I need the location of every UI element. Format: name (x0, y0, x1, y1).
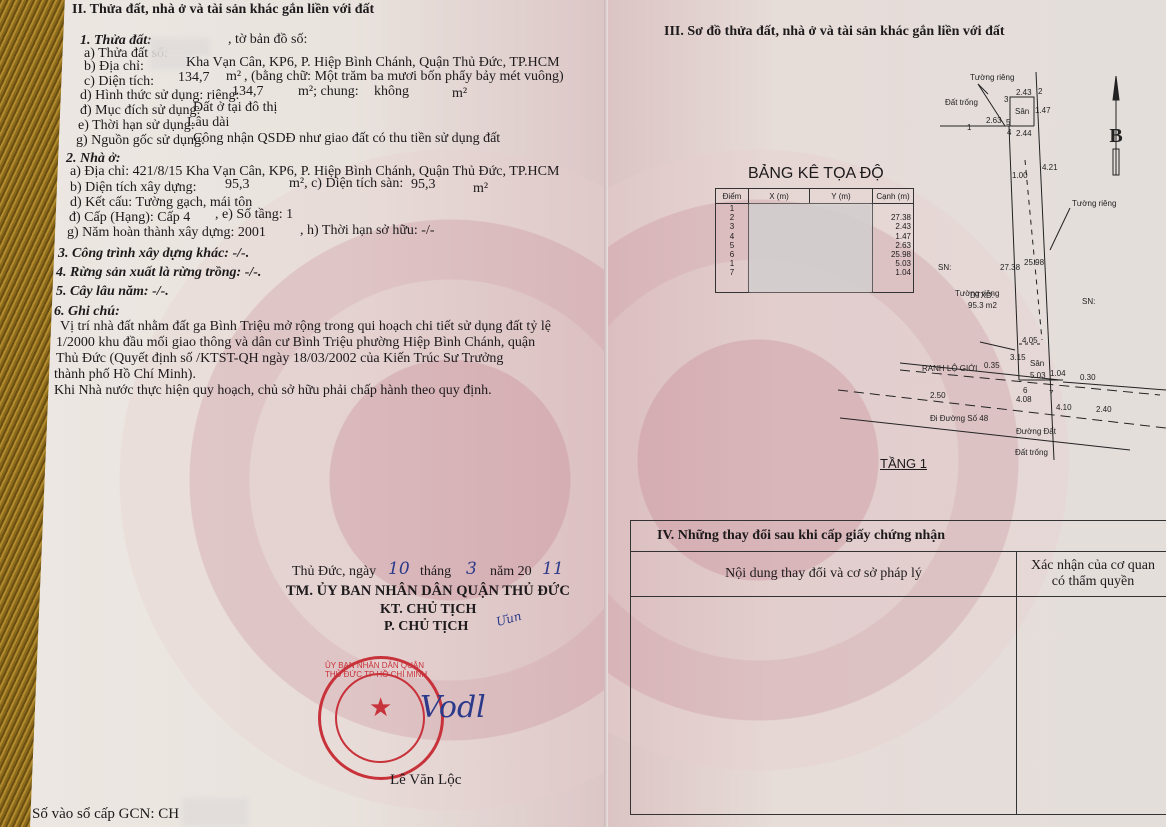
notes-line-4: thành phố Hồ Chí Minh). (54, 367, 196, 383)
notes-line-3: Thủ Đức (Quyết định số /KTST-QH ngày 18/… (56, 351, 503, 367)
vertex-label: 7 (1049, 389, 1054, 398)
origin-value: Công nhận QSDĐ như giao đất có thu tiền … (193, 131, 500, 147)
redacted-gcn-number (182, 798, 248, 826)
role-vice-chair: P. CHỦ TỊCH (384, 619, 468, 635)
origin-label: g) Nguồn gốc sử dụng: (76, 133, 205, 149)
dimension-label: 4.05 (1022, 336, 1038, 345)
col-x: X (m) (749, 189, 810, 204)
dimension-label: 2.40 (1096, 405, 1112, 414)
col-point: Điểm (716, 189, 749, 204)
point-id: 6 (718, 250, 746, 259)
floor-label: TẦNG 1 (880, 456, 927, 472)
section-ii-title: II. Thửa đất, nhà ở và tài sản khác gắn … (72, 2, 374, 18)
dimension-label: 3.15 (1010, 353, 1026, 362)
handwritten-signature: Vodl (420, 690, 486, 725)
label-empty-land-bottom: Đất trống (1015, 448, 1048, 457)
usage-unit: m²; chung: (298, 84, 359, 100)
vertex-label: 3 (1004, 95, 1009, 104)
purpose-label: đ) Mục đích sử dụng: (80, 103, 200, 119)
point-id: 4 (718, 232, 746, 241)
label-wall-left: Tường riêng (955, 289, 999, 298)
parcel-diagram: B Tường riêng Đất trống Sân SN: SN: Tườn… (820, 60, 1166, 480)
redacted-address-number (150, 54, 190, 70)
land-area-unit: m² (226, 69, 241, 85)
dimension-label: 1.00 (1012, 171, 1028, 180)
dimension-label: 4.21 (1042, 163, 1058, 172)
vertex-label: 1 (967, 123, 972, 132)
label-yard-bottom: Sân (1030, 359, 1044, 368)
north-label: B (1109, 125, 1122, 147)
purpose-value: Đất ở tại đô thị (193, 100, 277, 116)
building-area-value: 95,3 (225, 177, 250, 193)
grade: đ) Cấp (Hạng): Cấp 4 (69, 210, 190, 226)
issuing-organization: TM. ỦY BAN NHÂN DÂN QUẬN THỦ ĐỨC (286, 583, 570, 599)
floor-area-label: m², c) Diện tích sàn: (289, 176, 403, 192)
perennial-trees: 5. Cây lâu năm: -/-. (56, 284, 169, 300)
dimension-label: 2.50 (930, 391, 946, 400)
planted-forest: 4. Rừng sản xuất là rừng trồng: -/-. (56, 265, 261, 281)
date-day: 10 (388, 559, 410, 579)
authority-line-2: có thẩm quyền (1018, 574, 1166, 590)
notes-line-1: Vị trí nhà đất nhằm đất ga Bình Triệu mở… (60, 319, 551, 335)
other-construction: 3. Công trình xây dựng khác: -/-. (58, 246, 249, 262)
star-icon: ★ (369, 695, 392, 721)
month-label: tháng (420, 564, 451, 580)
completion-year: g) Năm hoàn thành xây dựng: 2001 (67, 225, 266, 241)
dimension-label: 4.08 (1016, 395, 1032, 404)
floor-area-value: 95,3 (411, 177, 436, 193)
points-cell: 12345617 (716, 204, 749, 293)
point-id: 1 (718, 204, 746, 213)
land-area-words: , (bằng chữ: Một trăm ba mươi bốn phẩy b… (244, 69, 564, 85)
dimension-label: 0.35 (984, 361, 1000, 370)
label-sn-left: SN: (938, 263, 951, 272)
dimension-label: 27.38 (1000, 263, 1021, 272)
date-year: 11 (542, 559, 564, 579)
parcel-diagram-svg: B Tường riêng Đất trống Sân SN: SN: Tườn… (820, 60, 1166, 480)
notes-line-2: 1/2000 khu đầu mối giao thông và dân cư … (56, 335, 535, 351)
dimension-label: 2.63 (986, 116, 1002, 125)
floor-area-unit: m² (473, 181, 488, 197)
label-yard-top: Sân (1015, 107, 1029, 116)
dimension-label: 4.10 (1056, 403, 1072, 412)
dimension-label: 0.30 (1080, 373, 1096, 382)
dimension-label: 5.03 (1030, 371, 1046, 380)
authority-line-1: Xác nhận của cơ quan (1018, 558, 1166, 574)
vertex-label: 6 (1023, 386, 1028, 395)
changes-authority-cell (1017, 597, 1166, 815)
vertex-label: 2 (1038, 87, 1043, 96)
usage-private-value: 134,7 (232, 84, 264, 100)
point-id: 2 (718, 213, 746, 222)
dimension-label: 2.43 (1016, 88, 1032, 97)
label-dirt-road: Đường Đất (1016, 427, 1057, 436)
changes-col-content: Nội dung thay đổi và cơ sở pháp lý (631, 552, 1017, 597)
point-id: 5 (718, 241, 746, 250)
land-area-value: 134,7 (178, 70, 210, 86)
dimension-label: 1.47 (1035, 106, 1051, 115)
changes-table: IV. Những thay đổi sau khi cấp giấy chứn… (630, 520, 1166, 815)
term-value: Lâu dài (187, 115, 229, 131)
seal-emblem: ★ (335, 673, 425, 763)
changes-title: IV. Những thay đổi sau khi cấp giấy chứn… (631, 521, 1166, 552)
dimension-label: 2.44 (1016, 129, 1032, 138)
label-to-road: Đi Đường Số 48 (930, 414, 989, 423)
dimension-label: 25.98 (1024, 258, 1045, 267)
role-deputy: KT. CHỦ TỊCH (380, 602, 476, 618)
label-wall-right: Tường riêng (1072, 199, 1116, 208)
label-sn-right: SN: (1082, 297, 1095, 306)
building-area-label: b) Diện tích xây dựng: (70, 180, 197, 196)
date-month: 3 (466, 559, 477, 579)
term-label: e) Thời hạn sử dụng: (78, 118, 195, 134)
dimension-label: 1.04 (1050, 369, 1066, 378)
point-id: 1 (718, 259, 746, 268)
usage-unit-2: m² (452, 86, 467, 102)
date-prefix: Thủ Đức, ngày (292, 564, 376, 580)
land-address-label: b) Địa chỉ: (84, 59, 144, 75)
label-empty-land: Đất trống (945, 98, 978, 107)
notes-line-5: Khi Nhà nước thực hiện quy hoạch, chủ sở… (54, 383, 492, 399)
changes-col-authority: Xác nhận của cơ quan có thẩm quyền (1017, 552, 1166, 597)
point-id: 3 (718, 222, 746, 231)
ownership-term: , h) Thời hạn sở hữu: -/- (300, 223, 435, 239)
gcn-number-label: Số vào sổ cấp GCN: CH (32, 806, 179, 822)
map-sheet-label: , tờ bản đồ số: (228, 32, 307, 48)
notes-heading: 6. Ghi chú: (54, 304, 120, 320)
section-iii-title: III. Sơ đồ thửa đất, nhà ở và tài sản kh… (664, 24, 1005, 40)
signer-name: Lê Văn Lộc (390, 772, 461, 788)
floors: , e) Số tầng: 1 (215, 207, 293, 223)
year-label: năm 20 (490, 564, 532, 580)
point-id: 7 (718, 268, 746, 277)
vertex-label: 4 (1007, 128, 1012, 137)
label-wall-top: Tường riêng (970, 73, 1014, 82)
vertex-label: 5 (1006, 118, 1011, 127)
label-area-value: 95.3 m2 (968, 301, 997, 310)
changes-content-cell (631, 597, 1017, 815)
usage-shared-value: không (374, 84, 409, 100)
label-boundary: RANH LỘ GIỚI (922, 364, 977, 373)
